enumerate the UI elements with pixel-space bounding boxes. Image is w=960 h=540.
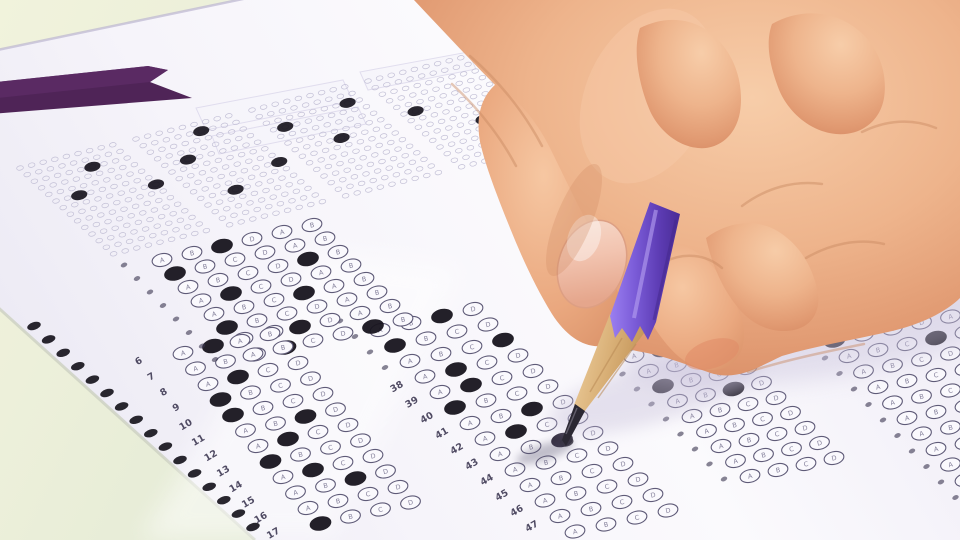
- photo-canvas: Close-up photograph of a hand gripping a…: [0, 0, 960, 540]
- scene-svg: 6ACD7ABC8ACD9BCD10BCD11ABD12ACD13BCD14AC…: [0, 0, 960, 540]
